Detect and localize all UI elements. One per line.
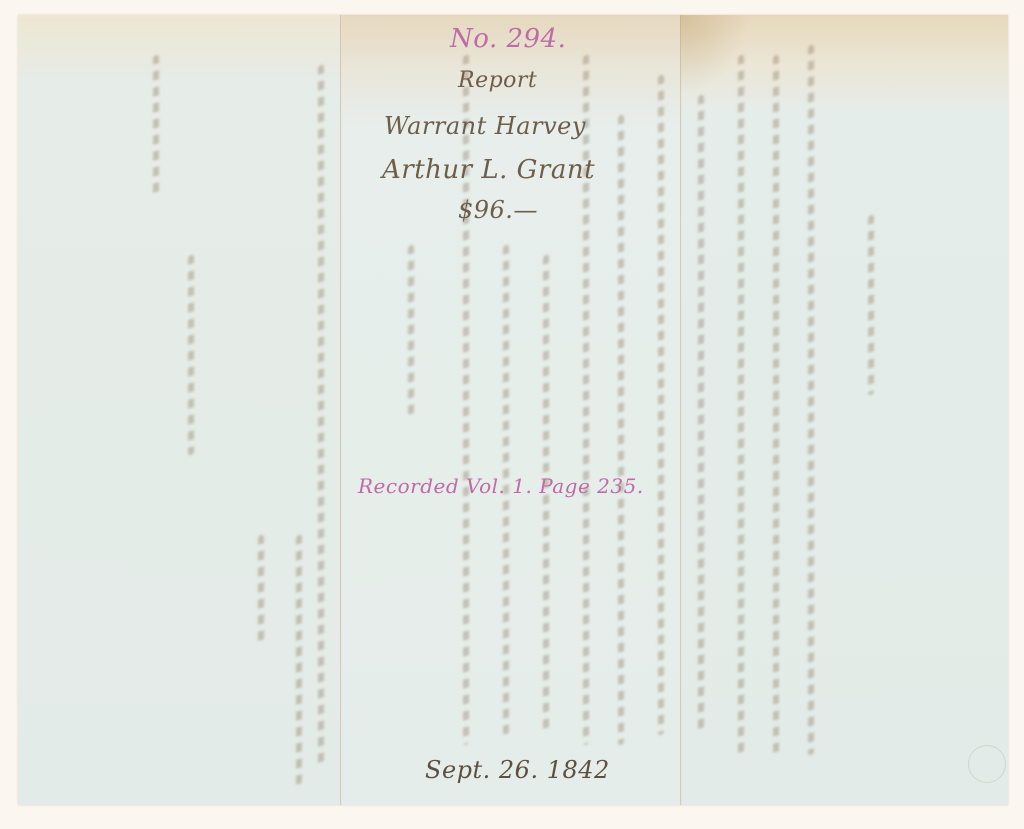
faint-stamp xyxy=(968,745,1006,783)
docket-number: No. 294. xyxy=(450,24,566,54)
bleed-through-ink xyxy=(188,254,194,455)
docket-name: Arthur L. Grant xyxy=(382,155,595,185)
bleed-through-ink xyxy=(618,114,624,745)
bleed-through-ink xyxy=(408,244,414,415)
docket-date: Sept. 26. 1842 xyxy=(425,756,610,784)
recorded-note: Recorded Vol. 1. Page 235. xyxy=(358,474,644,498)
bleed-through-ink xyxy=(738,54,744,755)
bleed-through-ink xyxy=(868,214,874,395)
fold-line-left xyxy=(340,15,342,805)
bleed-through-ink xyxy=(318,64,324,765)
docket-heading: Report xyxy=(458,68,537,93)
docket-amount: $96.— xyxy=(458,196,538,224)
right-fold-panel xyxy=(680,15,1008,805)
bleed-through-ink xyxy=(808,44,814,755)
docket-subject: Warrant Harvey xyxy=(384,112,586,140)
bleed-through-ink xyxy=(698,94,704,735)
fold-line-right xyxy=(680,15,682,805)
bleed-through-ink xyxy=(658,74,664,735)
bleed-through-ink xyxy=(153,54,159,195)
bleed-through-ink xyxy=(773,54,779,755)
left-fold-panel xyxy=(18,15,340,805)
bleed-through-ink xyxy=(258,534,264,645)
bleed-through-ink xyxy=(296,534,302,785)
